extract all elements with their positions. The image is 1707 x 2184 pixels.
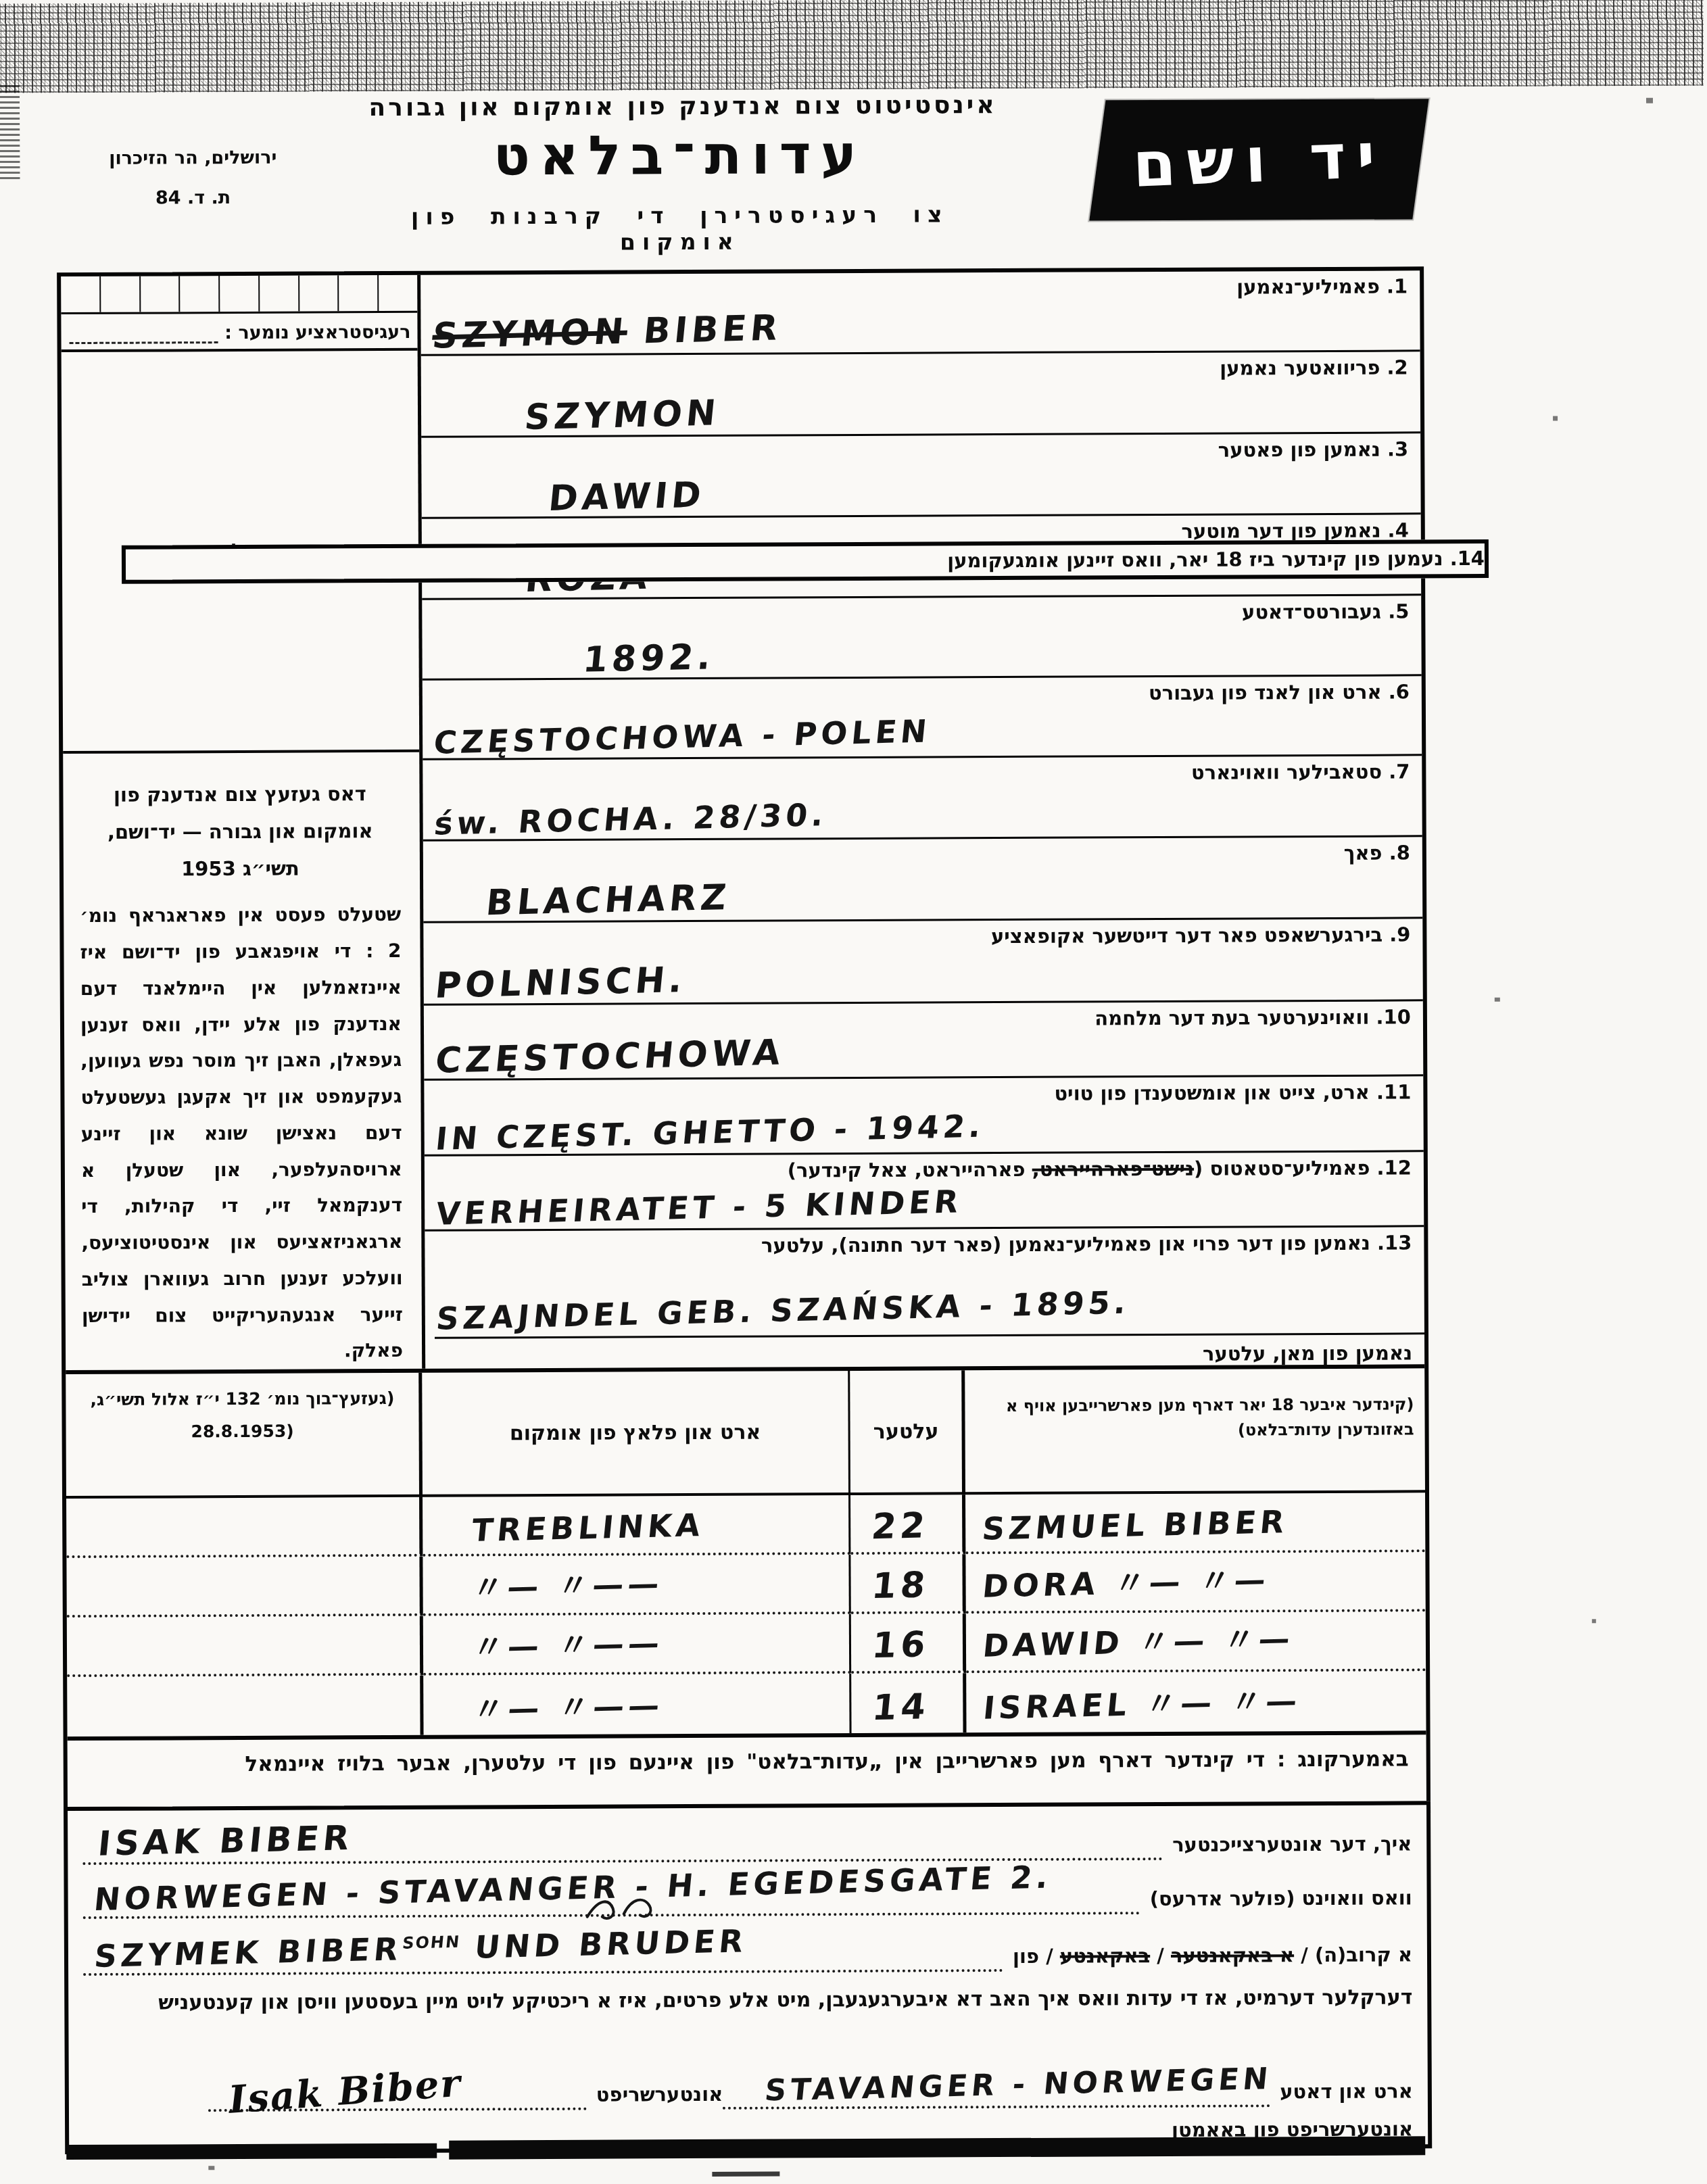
law-citation-cell: (געזעץ־בוך נומ׳ 132 י״ז אלול תשי״ג, (28.…: [66, 1373, 423, 1499]
form-subtitle: צו רעגיסטרירן די קרבנות פון אומקום: [349, 201, 1011, 256]
signature-line: Isak Biber: [208, 2068, 587, 2112]
address-label: וואס וואוינט (פולער אדרעס): [1150, 1886, 1412, 1914]
field-father-name-label: 3. נאמען פון פאטער: [421, 433, 1420, 464]
table-row-blank: [66, 1497, 423, 1558]
table-row-blank: [66, 1557, 423, 1618]
relation-value: SZYMEK BIBERSOHN UND BRUDER: [93, 1922, 749, 1974]
address-pobox: ת. ד. 84: [72, 178, 315, 219]
left-sidebar: רעגיסטראציע נומער : בילד דאס געזעץ צום א…: [61, 275, 425, 1370]
field-citizenship-label: 9. בירגערשאפט פאר דער דייטשער אקופאציע: [423, 919, 1422, 950]
undersigned-value: ISAK BIBER: [96, 1818, 355, 1864]
field-profession-label: 8. פאך: [423, 838, 1422, 869]
scan-speck: [1592, 1619, 1596, 1623]
table-row-age: 16: [851, 1613, 966, 1674]
field-family-name-value: SZYMON BIBER: [430, 312, 1420, 357]
table-row-place: 〃— 〃——: [423, 1674, 851, 1735]
field-family-status-value: VERHEIRATET - 5 KINDER: [434, 1183, 964, 1232]
table-row-place: 〃— 〃——: [423, 1614, 851, 1676]
handwritten-scribble: [582, 1893, 663, 1924]
field-permanent-residence-label: 7. סטאבילער וואוינארט: [423, 756, 1422, 787]
field14-label: 14. נעמען פון קינדער ביז 18 יאר, וואס זי…: [122, 539, 1489, 584]
address-value: NORWEGEN - STAVANGER - H. EGEDESGATE 2.: [93, 1858, 1054, 1918]
field-birth-date-label: 5. געבורטס־דאטע: [422, 596, 1421, 627]
scan-speck: [1495, 998, 1500, 1002]
law-text-block: דאס געזעץ צום אנדענק פון אומקום און גבור…: [63, 752, 422, 1370]
struck-option: נישט־פארהייראט,: [1032, 1157, 1194, 1181]
law-citation: (געזעץ־בוך נומ׳ 132 י״ז אלול תשי״ג, (28.…: [66, 1373, 418, 1448]
field-father-name: 3. נאמען פון פאטער DAWID: [421, 433, 1421, 519]
place-date-value: STAVANGER - NORWEGEN: [763, 2062, 1274, 2108]
bottom-bar-left: [66, 2143, 437, 2160]
relation-row: א קרוב(ה) / א באקאנטער / באקאנטע / פון S…: [68, 1913, 1427, 1976]
place-date-label: ארט און דאטע: [1280, 2079, 1413, 2107]
field-family-status: 12. פאמיליע־סטאטוס (נישט־פארהייראט, פארה…: [425, 1152, 1424, 1231]
table-row-blank: [67, 1676, 423, 1737]
table-row-blank: [67, 1616, 423, 1677]
scan-speck: [1553, 416, 1558, 420]
field-first-name-value: SZYMON: [523, 393, 721, 438]
field-birth-place-label: 6. ארט און לאנד פון געבורט: [423, 676, 1422, 707]
field-wartime-residence-value: CZĘSTOCHOWA: [433, 1032, 786, 1081]
registration-number-boxes: [61, 275, 417, 314]
field-permanent-residence-value: św. ROCHA. 28/30.: [433, 796, 830, 842]
field-birth-place: 6. ארט און לאנד פון געבורט CZĘSTOCHOWA -…: [423, 676, 1422, 760]
address-city: ירושלים, הר הזיכרון: [71, 137, 314, 178]
undersigned-row: איך, דער אונטערצייכנטער ISAK BIBER: [68, 1805, 1426, 1865]
field-death-circumstances-value: IN CZĘST. GHETTO - 1942.: [434, 1107, 987, 1157]
scan-speck: [208, 2166, 214, 2170]
field-family-name: 1. פאמיליע־נאמען SZYMON BIBER: [420, 270, 1420, 356]
field-profession-value: BLACHARZ: [484, 877, 732, 923]
field-birth-date: 5. געבורטס־דאטע 1892.: [422, 596, 1422, 681]
declaration-box: איך, דער אונטערצייכנטער ISAK BIBER וואס …: [64, 1801, 1432, 2154]
scanned-sheet: אינסטיטוט צום אנדענק פון אומקום און גבור…: [0, 0, 1707, 2184]
field14-note: (קינדער איבער 18 יאר דארף מען פארשרייבען…: [1006, 1394, 1414, 1439]
scan-speck: [1646, 98, 1653, 103]
children-table: (געזעץ־בוך נומ׳ 132 י״ז אלול תשי״ג, (28.…: [66, 1364, 1426, 1737]
fields-column: 1. פאמיליע־נאמען SZYMON BIBER 2. פריוואט…: [420, 270, 1424, 1368]
table-row-place: 〃— 〃——: [423, 1555, 850, 1616]
registration-number-blank: [69, 321, 218, 344]
field-wartime-residence: 10. וואוינערטער בעת דער מלחמה CZĘSTOCHOW…: [424, 1001, 1423, 1080]
column-header-place: ארט און פלאץ פון אומקום: [422, 1371, 850, 1497]
undersigned-label: איך, דער אונטערצייכנטער: [1172, 1832, 1412, 1860]
field-death-circumstances: 11. ארט, צייט און אומשטענדן פון טויט IN …: [424, 1076, 1423, 1157]
signature-label: אונטערשריפט: [596, 2083, 723, 2110]
field-family-status-label: 12. פאמיליע־סטאטוס (נישט־פארהייראט, פארה…: [425, 1152, 1424, 1183]
address-row: וואס וואוינט (פולער אדרעס) NORWEGEN - ST…: [68, 1859, 1426, 1919]
column-header-children: 14. נעמען פון קינדער ביז 18 יאר, וואס זי…: [965, 1368, 1425, 1495]
main-form-box: רעגיסטראציע נומער : בילד דאס געזעץ צום א…: [57, 266, 1430, 1819]
field-first-name: 2. פריוואטער נאמען SZYMON: [421, 352, 1421, 438]
table-row-age: 18: [850, 1554, 965, 1614]
field-first-name-label: 2. פריוואטער נאמען: [421, 352, 1420, 383]
field-family-name-label: 1. פאמיליע־נאמען: [420, 270, 1420, 301]
yad-vashem-address: ירושלים, הר הזיכרון ת. ד. 84: [71, 137, 315, 218]
field-wartime-residence-label: 10. וואוינערטער בעת דער מלחמה: [424, 1001, 1423, 1032]
scan-noise-edge: [0, 84, 20, 179]
field-birth-place-value: CZĘSTOCHOWA - POLEN: [432, 712, 932, 760]
relation-label: א קרוב(ה) / א באקאנטער / באקאנטע / פון: [1013, 1943, 1412, 1972]
place-date-line: STAVANGER - NORWEGEN: [723, 2071, 1270, 2110]
field-husband-name-label: נאמען פון מאן, עלטער: [425, 1332, 1424, 1368]
field-wife-name: 13. נאמען פון דער פרוי און פאמיליע־נאמען…: [425, 1227, 1424, 1369]
bottom-dash-mark: [712, 2171, 779, 2176]
table-row-age: 14: [851, 1673, 966, 1733]
registration-number-line: רעגיסטראציע נומער :: [61, 313, 417, 353]
undersigned-line: ISAK BIBER: [82, 1820, 1163, 1865]
law-title: דאס געזעץ צום אנדענק פון אומקום און גבור…: [79, 775, 401, 888]
field-wife-name-label: 13. נאמען פון דער פרוי און פאמיליע־נאמען…: [425, 1227, 1424, 1258]
form-title: עדות־בלאט: [375, 122, 984, 188]
place-date-signature-row: ארט און דאטע STAVANGER - NORWEGEN אונטער…: [69, 2047, 1428, 2112]
scan-noise-band: [0, 0, 1704, 93]
field-permanent-residence: 7. סטאבילער וואוינארט św. ROCHA. 28/30.: [423, 756, 1422, 842]
field-citizenship: 9. בירגערשאפט פאר דער דייטשער אקופאציע P…: [423, 919, 1423, 1006]
form-top-region: רעגיסטראציע נומער : בילד דאס געזעץ צום א…: [61, 270, 1424, 1370]
table-row-name: SZMUEL BIBER: [965, 1493, 1425, 1554]
field-wife-name-value: SZAJNDEL GEB. SZAŃSKA - 1895.: [435, 1284, 1132, 1336]
law-body: שטעלט פעסט אין פאראגראף נומ׳ 2 : די אויפ…: [80, 896, 403, 1370]
field-birth-date-value: 1892.: [581, 637, 717, 681]
field-citizenship-value: POLNISCH.: [433, 960, 688, 1006]
relation-superscript: SOHN: [402, 1933, 462, 1953]
field-profession: 8. פאך BLACHARZ: [423, 838, 1423, 923]
table-row-age: 22: [850, 1495, 965, 1555]
table-row-name: DORA 〃— 〃—: [965, 1552, 1425, 1613]
field-father-name-value: DAWID: [547, 475, 707, 519]
table-row-place: TREBLINKA: [423, 1495, 850, 1557]
registration-number-label: רעגיסטראציע נומער :: [224, 322, 410, 343]
table-row-name: DAWID 〃— 〃—: [966, 1611, 1426, 1673]
yad-vashem-logo-text: יד ושם: [1131, 119, 1387, 201]
declaration-text: דערקלער דערמיט, אז די עדות וואס איך האב …: [68, 1970, 1427, 2053]
column-header-age: עלטער: [850, 1370, 965, 1495]
relation-line: SZYMEK BIBERSOHN UND BRUDER: [83, 1934, 1003, 1976]
bottom-bar-right: [449, 2136, 1425, 2159]
institute-name: אינסטיטוט צום אנדענק פון אומקום און גבור…: [294, 91, 1072, 122]
testimony-page-scan: אינסטיטוט צום אנדענק פון אומקום און גבור…: [0, 0, 1707, 2184]
yad-vashem-logo: יד ושם: [1089, 99, 1428, 220]
table-row-name: ISRAEL 〃— 〃—: [966, 1671, 1426, 1732]
field-death-circumstances-label: 11. ארט, צייט און אומשטענדן פון טויט: [424, 1076, 1423, 1107]
